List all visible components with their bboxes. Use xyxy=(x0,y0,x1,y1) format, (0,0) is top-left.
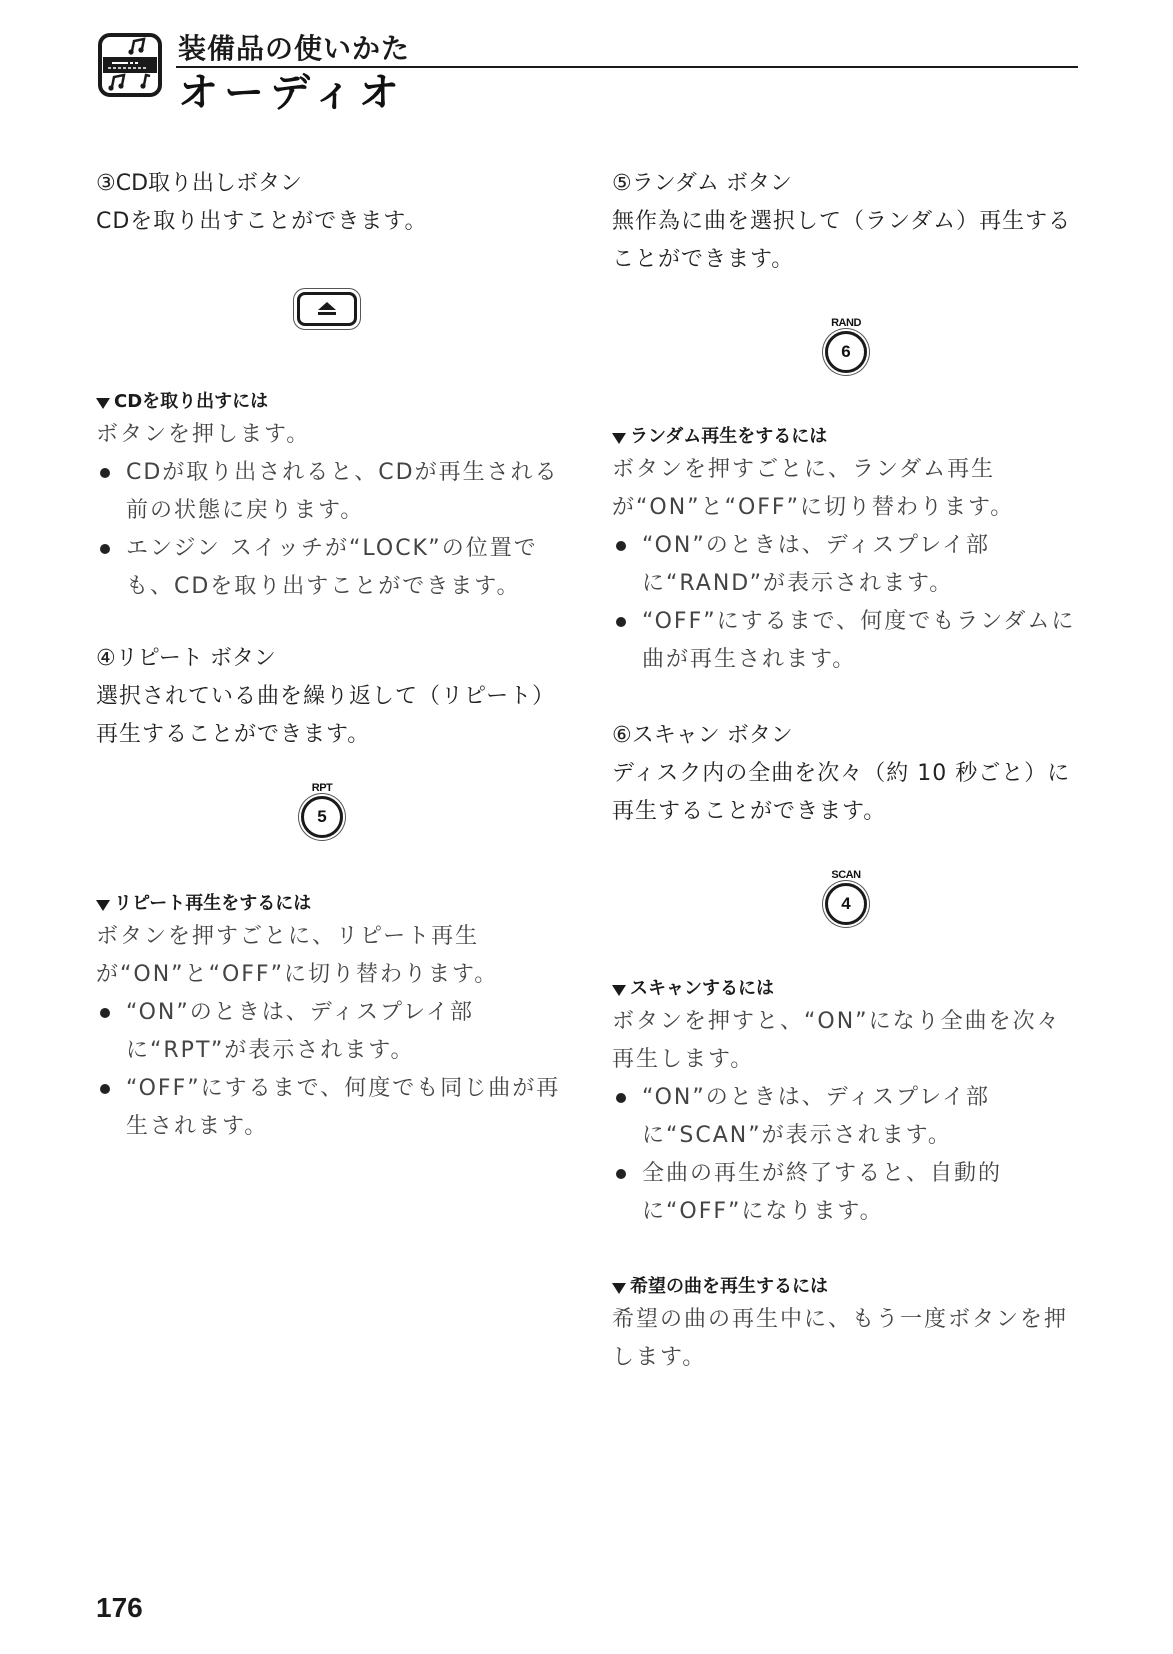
eject-section: ③CD取り出しボタン CDを取り出すことができます。 CDを取り出すには ボタン… xyxy=(96,165,566,606)
list-item: “ON”のときは、ディスプレイ部に“SCAN”が表示されます。 xyxy=(612,1079,1082,1155)
page-number: 176 xyxy=(96,1592,143,1624)
note-list: CDが取り出されると、CDが再生される前の状態に戻ります。 エンジン スイッチが… xyxy=(96,454,566,606)
triangle-marker-icon xyxy=(96,398,110,409)
repeat-button: 5 xyxy=(301,796,343,838)
bullet-icon xyxy=(100,1008,110,1018)
scan-button: 4 xyxy=(825,883,867,925)
random-button: 6 xyxy=(825,331,867,373)
instruction-text: ボタンを押します。 xyxy=(96,416,566,454)
triangle-marker-icon xyxy=(612,433,626,444)
instruction-text: ボタンを押すごとに、リピート再生が“ON”と“OFF”に切り替わります。 xyxy=(96,918,566,994)
button-label: RAND xyxy=(831,317,861,329)
header-divider xyxy=(176,66,1078,68)
list-item: エンジン スイッチが“LOCK”の位置でも、CDを取り出すことができます。 xyxy=(96,530,566,606)
list-item: 全曲の再生が終了すると、自動的に“OFF”になります。 xyxy=(612,1155,1082,1231)
bullet-icon xyxy=(616,617,626,627)
sub-heading: ランダム再生をするには xyxy=(612,423,1082,451)
bullet-icon xyxy=(100,1084,110,1094)
section-description: ディスク内の全曲を次々（約 10 秒ごと）に再生することができます。 xyxy=(612,755,1082,831)
audio-music-icon xyxy=(98,33,162,97)
sub-heading: スキャンするには xyxy=(612,975,1082,1003)
section-heading: ③CD取り出しボタン xyxy=(96,165,566,203)
instruction-text: ボタンを押すと、“ON”になり全曲を次々再生します。 xyxy=(612,1003,1082,1079)
random-section: ⑤ランダム ボタン 無作為に曲を選択して（ランダム）再生することができます。 R… xyxy=(612,165,1082,679)
section-description: 無作為に曲を選択して（ランダム）再生することができます。 xyxy=(612,203,1082,279)
repeat-button-figure: RPT 5 xyxy=(78,782,566,838)
right-column: ⑤ランダム ボタン 無作為に曲を選択して（ランダム）再生することができます。 R… xyxy=(612,165,1082,1377)
bullet-icon xyxy=(616,541,626,551)
bullet-icon xyxy=(100,468,110,478)
section-description: 選択されている曲を繰り返して（リピート）再生することができます。 xyxy=(96,678,566,754)
list-item: “OFF”にするまで、何度でも同じ曲が再生されます。 xyxy=(96,1070,566,1146)
section-heading: ⑥スキャン ボタン xyxy=(612,717,1082,755)
page-header: 装備品の使いかた オーディオ xyxy=(98,28,1080,108)
section-heading: ④リピート ボタン xyxy=(96,640,566,678)
section-heading: ⑤ランダム ボタン xyxy=(612,165,1082,203)
list-item: CDが取り出されると、CDが再生される前の状態に戻ります。 xyxy=(96,454,566,530)
button-label: RPT xyxy=(312,782,333,794)
eject-button-figure xyxy=(88,285,566,333)
section-description: CDを取り出すことができます。 xyxy=(96,203,566,241)
note-list: “ON”のときは、ディスプレイ部に“SCAN”が表示されます。 全曲の再生が終了… xyxy=(612,1079,1082,1231)
triangle-marker-icon xyxy=(612,1283,626,1294)
triangle-marker-icon xyxy=(612,985,626,996)
list-item: “OFF”にするまで、何度でもランダムに曲が再生されます。 xyxy=(612,603,1082,679)
scan-section: ⑥スキャン ボタン ディスク内の全曲を次々（約 10 秒ごと）に再生することがで… xyxy=(612,717,1082,1377)
bullet-icon xyxy=(100,544,110,554)
note-list: “ON”のときは、ディスプレイ部に“RPT”が表示されます。 “OFF”にするま… xyxy=(96,994,566,1146)
page-title: オーディオ xyxy=(178,70,405,116)
triangle-marker-icon xyxy=(96,900,110,911)
list-item: “ON”のときは、ディスプレイ部に“RPT”が表示されます。 xyxy=(96,994,566,1070)
left-column: ③CD取り出しボタン CDを取り出すことができます。 CDを取り出すには ボタン… xyxy=(96,165,566,1146)
list-item: “ON”のときは、ディスプレイ部に“RAND”が表示されます。 xyxy=(612,527,1082,603)
eject-button xyxy=(297,292,357,326)
sub-heading: CDを取り出すには xyxy=(96,388,566,416)
header-category: 装備品の使いかた xyxy=(178,32,410,66)
instruction-text: ボタンを押すごとに、ランダム再生が“ON”と“OFF”に切り替わります。 xyxy=(612,451,1082,527)
instruction-text: 希望の曲の再生中に、もう一度ボタンを押します。 xyxy=(612,1301,1082,1377)
sub-heading: 希望の曲を再生するには xyxy=(612,1273,1082,1301)
random-button-figure: RAND 6 xyxy=(610,317,1082,373)
repeat-section: ④リピート ボタン 選択されている曲を繰り返して（リピート）再生することができま… xyxy=(96,640,566,1146)
scan-button-figure: SCAN 4 xyxy=(610,869,1082,925)
sub-heading: リピート再生をするには xyxy=(96,890,566,918)
note-list: “ON”のときは、ディスプレイ部に“RAND”が表示されます。 “OFF”にする… xyxy=(612,527,1082,679)
bullet-icon xyxy=(616,1093,626,1103)
bullet-icon xyxy=(616,1169,626,1179)
eject-icon xyxy=(318,302,336,316)
button-label: SCAN xyxy=(831,869,860,881)
